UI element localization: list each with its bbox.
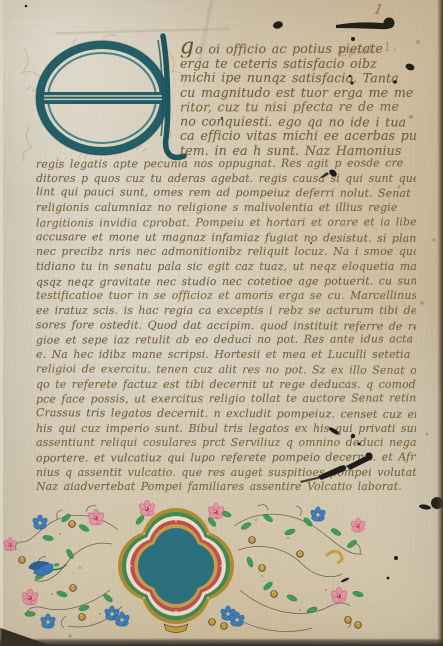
body-text-line: regis legatis apte pecunia nos oppugnat.… xyxy=(36,156,416,172)
illuminated-bottom-border xyxy=(0,498,443,646)
body-text-line: oportere. et vulcatiuz qui lupo referete… xyxy=(36,450,416,466)
opening-text-line: no conquiesti. ego qa no ide i tua xyxy=(180,114,418,130)
opening-text-line: ca efficio vitas michi ee acerbas pu xyxy=(180,129,418,144)
body-text-line: e. Na hec idibz mane scripsi. Hortesii e… xyxy=(36,348,416,363)
page-edge-bottom xyxy=(0,638,443,646)
body-text-line: religioi de exercitu. tenen cuz alit res… xyxy=(36,362,416,378)
folio-number: 1 xyxy=(372,1,384,19)
initial-letter-body xyxy=(36,36,184,157)
manuscript-page: 1 Epist. 1. go oi officio ac potius piet… xyxy=(0,0,443,646)
opening-text-line: cu magnitudo est tuor erga me me xyxy=(180,86,418,101)
body-text-line: gioe et sepe iaz retulit ab eo deduci no… xyxy=(36,333,416,349)
opening-text-line: go oi officio ac potius pietate xyxy=(180,40,418,57)
opening-text-line: erga te ceteris satisfacio oibz xyxy=(180,57,418,72)
blue-tulip xyxy=(27,554,68,579)
opening-text-line: michi ipe nunqz satisfacio. Tanta xyxy=(180,70,418,86)
page-edge-right xyxy=(437,0,443,646)
gold-pendant xyxy=(164,624,188,633)
opening-text-block: go oi officio ac potius pietateerga te c… xyxy=(180,40,418,158)
body-text-line: qo te referete factuz est tibi decernit … xyxy=(36,378,416,393)
body-text-line: nius q assentit vulcatio. que res auget … xyxy=(36,466,416,481)
body-text-line: assentiunt reliqui cosulares prct Servil… xyxy=(36,436,416,451)
opening-text-line: ritor, cuz tu nisi pfecta re de me xyxy=(180,100,418,115)
page-edge-left xyxy=(0,0,3,646)
body-text-line: ee iratuz scis. is hac regia ca exceptis… xyxy=(36,304,416,319)
gold-curl xyxy=(326,551,342,563)
illuminated-initial-E xyxy=(16,30,188,172)
body-text-line: religionis calumniaz no religione s mali… xyxy=(36,201,416,216)
body-text-line: ditores p quos cuz tu aderas agebat. reg… xyxy=(36,172,416,187)
body-text-line: pce face possis, ut exercitus religio to… xyxy=(36,392,416,408)
body-text-line: his qui cuz imperio sunt. Bibul tris leg… xyxy=(36,422,416,437)
body-text-block: regis legatis apte pecunia nos oppugnat.… xyxy=(36,157,416,495)
body-text-line: Naz aiadvertebat Pompei familiares assen… xyxy=(36,480,416,495)
body-text-line: Crassus tris legatos decernit. n excludi… xyxy=(36,406,416,422)
body-text-line: largitionis invidia cprobat. Pompeiu et … xyxy=(36,215,416,231)
body-text-line: tidiano tu in senatu pala sic egit caz t… xyxy=(36,260,416,275)
body-text-line: lint qui pauci sunt, omes rem ad pompeiu… xyxy=(36,186,416,202)
body-text-line: nec precibz nris nec admonitionibz reliq… xyxy=(36,245,416,260)
body-text-line: testificatioe tuor in se officioz et amo… xyxy=(36,289,416,304)
body-text-line: qsqz neqz gravitate nec studio nec cotet… xyxy=(36,274,416,290)
quatrefoil-medallion xyxy=(118,508,234,633)
body-text-line: accusare et mone ut magnaz infamiaz fugi… xyxy=(36,230,416,246)
